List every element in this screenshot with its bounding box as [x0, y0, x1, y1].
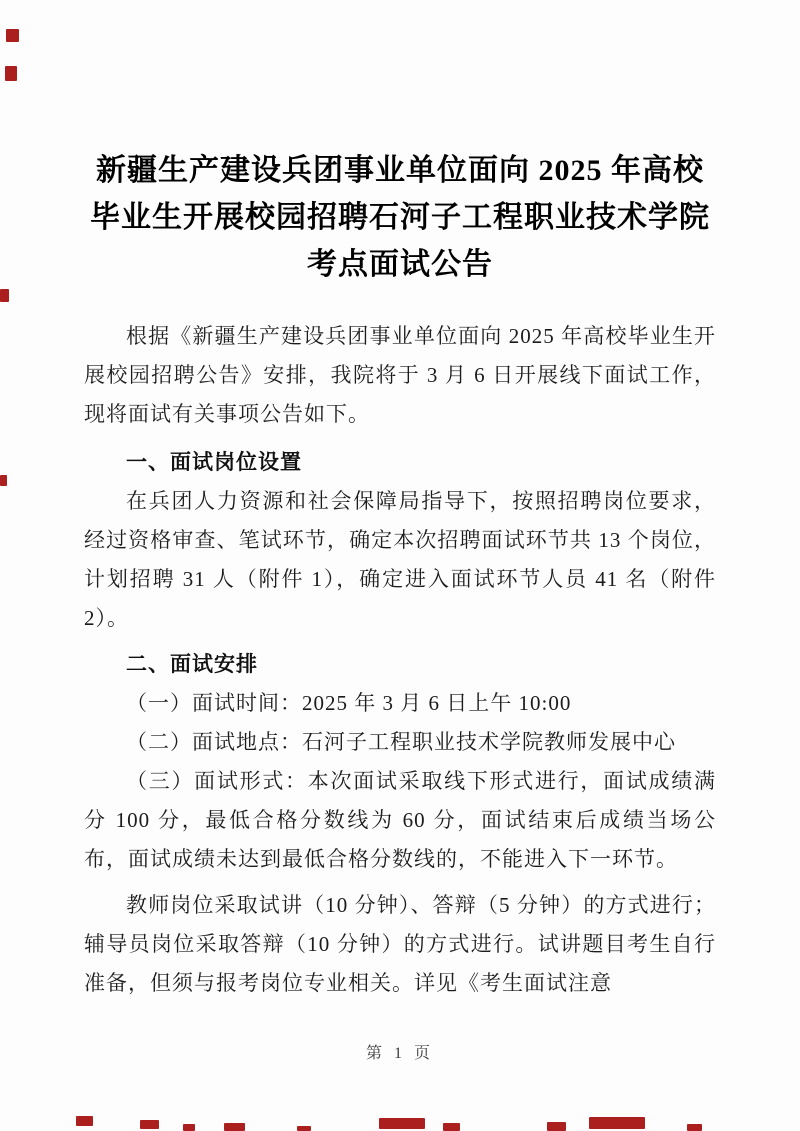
scan-artifact-bottom-10 [687, 1124, 702, 1131]
section-2-item-location: （二）面试地点：石河子工程职业技术学院教师发展中心 [84, 723, 716, 762]
scan-artifact-bottom-1 [76, 1116, 93, 1126]
section-2-item-method: 教师岗位采取试讲（10 分钟）、答辩（5 分钟）的方式进行；辅导员岗位采取答辩（… [84, 886, 716, 1003]
scan-artifact-bottom-9 [589, 1117, 645, 1129]
document-content: 新疆生产建设兵团事业单位面向 2025 年高校毕业生开展校园招聘石河子工程职业技… [84, 0, 716, 1003]
section-2-item-format: （三）面试形式：本次面试采取线下形式进行，面试成绩满分 100 分，最低合格分数… [84, 762, 716, 879]
section-1-paragraph-1: 在兵团人力资源和社会保障局指导下，按照招聘岗位要求，经过资格审查、笔试环节，确定… [84, 482, 716, 638]
scan-artifact-left-3 [0, 289, 9, 302]
scan-artifact-bottom-8 [547, 1122, 566, 1131]
scan-artifact-bottom-6 [379, 1118, 425, 1129]
scan-artifact-bottom-4 [224, 1123, 245, 1131]
section-1-heading: 一、面试岗位设置 [84, 443, 716, 482]
scan-artifact-left-4 [0, 475, 7, 486]
document-title: 新疆生产建设兵团事业单位面向 2025 年高校毕业生开展校园招聘石河子工程职业技… [84, 147, 716, 288]
document-page: 新疆生产建设兵团事业单位面向 2025 年高校毕业生开展校园招聘石河子工程职业技… [0, 0, 800, 1131]
scan-artifact-bottom-5 [297, 1126, 311, 1131]
section-2-item-time: （一）面试时间：2025 年 3 月 6 日上午 10:00 [84, 684, 716, 723]
scan-artifact-bottom-3 [183, 1124, 195, 1131]
scan-artifact-left-1 [6, 29, 19, 42]
scan-artifact-bottom-7 [443, 1123, 460, 1131]
page-number: 第 1 页 [0, 1040, 800, 1063]
scan-artifact-bottom-2 [140, 1120, 159, 1129]
intro-paragraph: 根据《新疆生产建设兵团事业单位面向 2025 年高校毕业生开展校园招聘公告》安排… [84, 317, 716, 434]
scan-artifact-left-2 [5, 66, 17, 81]
section-2-heading: 二、面试安排 [84, 645, 716, 684]
